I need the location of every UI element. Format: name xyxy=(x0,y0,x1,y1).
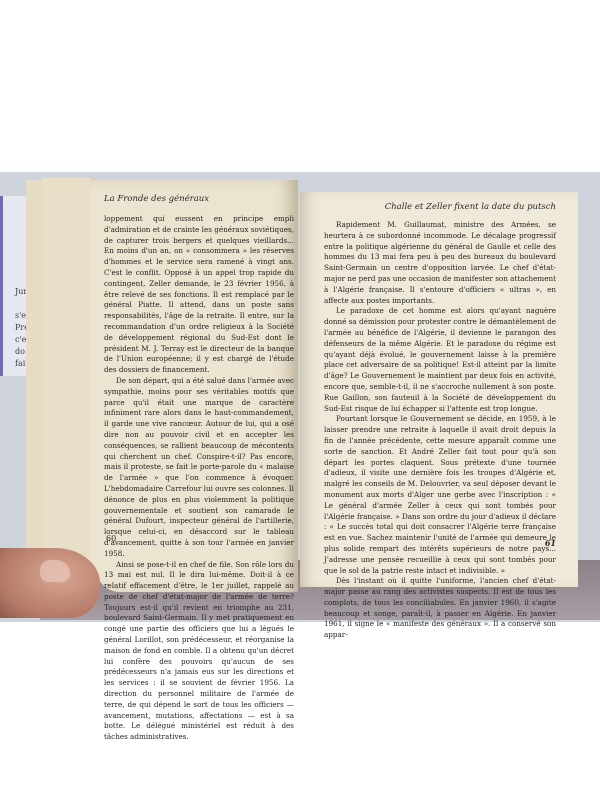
paragraph: Rapidement M. Guillaumat, ministre des A… xyxy=(324,220,556,306)
paragraph: De son départ, qui a été salué dans l'ar… xyxy=(104,376,294,560)
thumbnail-highlight xyxy=(40,560,70,582)
page-stack-edge xyxy=(42,178,93,583)
page-number-right: 61 xyxy=(545,538,556,548)
left-page: La Fronde des généraux loppement qui eus… xyxy=(90,180,298,592)
thumb xyxy=(0,548,100,618)
paragraph: loppement qui eussent en principe empli … xyxy=(104,214,294,376)
left-page-body: loppement qui eussent en principe empli … xyxy=(104,214,294,743)
running-head-left: La Fronde des généraux xyxy=(104,194,209,204)
fragment: do xyxy=(15,346,25,358)
paragraph: Dès l'instant où il quitte l'uniforme, l… xyxy=(324,576,556,641)
right-page: Challe et Zeller fixent la date du putsc… xyxy=(300,192,578,587)
paragraph: Le paradoxe de cet homme est alors qu'ay… xyxy=(324,306,556,414)
paragraph: Pourtant lorsque le Gouvernement se déci… xyxy=(324,414,556,576)
right-page-body: Rapidement M. Guillaumat, ministre des A… xyxy=(324,220,556,641)
page-number-left: 60 xyxy=(106,534,116,543)
running-head-right: Challe et Zeller fixent la date du putsc… xyxy=(385,202,556,212)
paragraph: Ainsi se pose-t-il en chef de file. Son … xyxy=(104,560,294,744)
